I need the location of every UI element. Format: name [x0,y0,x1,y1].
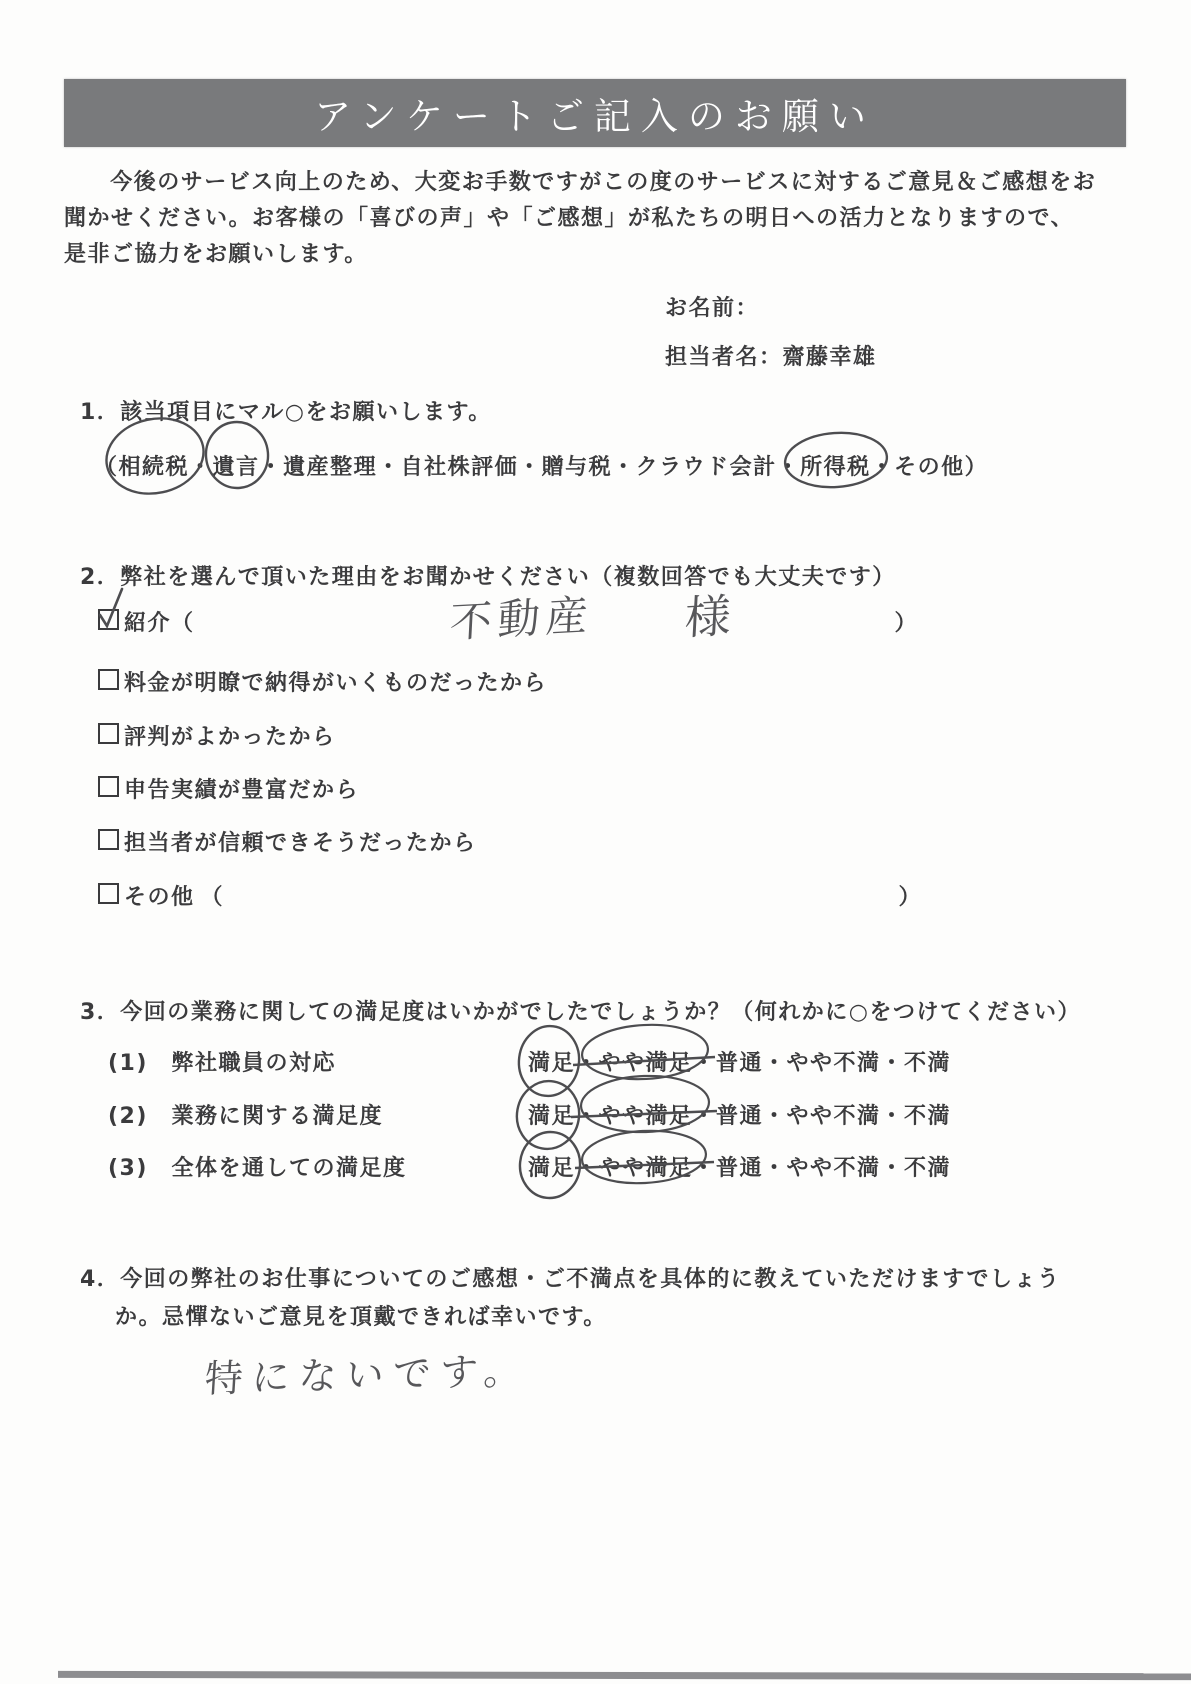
circled-manzoku: 満足 [528,1099,575,1130]
option-label: 申告実績が豊富だから [124,773,359,804]
q3-row-service: (2) 業務に関する満足度 満足・やや満足・普通・やや不満・不満 [108,1099,1108,1133]
option-label: 担当者が信頼できそうだったから [124,826,477,857]
satisfaction-scale: 満足・やや満足・普通・やや不満・不満 [528,1046,951,1077]
option-label: 料金が明瞭で納得がいくものだったから [124,666,547,697]
checkbox-icon [98,776,119,797]
handwriting-referrer: 不動産 [448,582,595,650]
row-number: (1) [108,1051,148,1076]
row-number: (2) [108,1104,148,1129]
q2-heading: 2．弊社を選んで頂いた理由をお聞かせください（複数回答でも大丈夫です） [80,560,896,591]
checkbox-icon [98,669,119,690]
row-label: 弊社職員の対応 [171,1051,336,1076]
q3-row-staff: (1) 弊社職員の対応 満足・やや満足・普通・やや不満・不満 [108,1046,1108,1080]
title-bar: アンケートご記入のお願い [64,79,1126,147]
q2-option-shinkoku: 申告実績が豊富だから [98,773,359,804]
intro-paragraph: 今後のサービス向上のため、大変お手数ですがこの度のサービスに対するご意見＆ご感想… [64,165,1174,273]
q3-heading: 3．今回の業務に関しての満足度はいかがでしたでしょうか？（何れかに○をつけてくだ… [80,995,1081,1026]
satisfaction-scale: 満足・やや満足・普通・やや不満・不満 [528,1099,951,1130]
circled-manzoku: 満足 [528,1046,575,1077]
option-label: 評判がよかったから [124,720,336,751]
q1-heading: 1．該当項目にマル○をお願いします。 [80,395,492,426]
option-label: その他 [124,880,195,911]
handwriting-comment: 特にないです。 [203,1339,532,1403]
circled-item-souzokuzei: 相続税 [119,450,190,481]
row-label: 全体を通しての満足度 [171,1156,406,1181]
checkbox-icon [98,829,119,850]
checkbox-checked-icon [98,609,119,630]
checkbox-icon [98,723,119,744]
circled-item-yuigon: 遺言 [213,450,260,481]
intro-line: 是非ご協力をお願いします。 [64,237,1174,273]
intro-line: 今後のサービス向上のため、大変お手数ですがこの度のサービスに対するご意見＆ご感想… [64,165,1174,201]
q4-heading-line2: か。忌憚ないご意見を頂戴できれば幸いです。 [115,1300,607,1331]
close-paren: ） [898,880,922,911]
q4-heading-line1: 4．今回の弊社のお仕事についてのご感想・ご不満点を具体的に教えていただけますでし… [80,1262,1061,1293]
circled-item-shotokuzei: 所得税 [800,450,871,481]
satisfaction-scale: 満足・やや満足・普通・やや不満・不満 [528,1151,951,1182]
crossed-out-yaya-manzoku: やや満足 [599,1151,693,1182]
staff-name-label: 担当者名：齋藤幸雄 [665,340,877,371]
crossed-out-yaya-manzoku: やや満足 [599,1099,693,1130]
q3-row-overall: (3) 全体を通しての満足度 満足・やや満足・普通・やや不満・不満 [108,1151,1108,1185]
check-mark-icon [96,593,126,627]
row-label: 業務に関する満足度 [171,1104,383,1129]
scanned-survey-page: アンケートご記入のお願い 今後のサービス向上のため、大変お手数ですがこの度のサー… [0,0,1191,1684]
open-paren: （ [171,606,195,637]
q1-open-paren: （ [95,455,119,480]
row-number: (3) [108,1156,148,1181]
crossed-out-yaya-manzoku: やや満足 [599,1046,693,1077]
q1-options-line: （相続税・遺言・遺産整理・自社株評価・贈与税・クラウド会計・所得税・その他） [95,450,988,481]
q2-option-sonota: その他 （ ） [98,880,922,911]
checkbox-icon [98,883,119,904]
q2-option-tantousha: 担当者が信頼できそうだったから [98,826,477,857]
q2-option-hyouban: 評判がよかったから [98,720,336,751]
q2-option-ryoukin: 料金が明瞭で納得がいくものだったから [98,666,547,697]
intro-line: 聞かせください。お客様の「喜びの声」や「ご感想」が私たちの明日への活力となります… [64,201,1174,237]
name-label: お名前： [665,291,759,322]
circled-manzoku: 満足 [528,1151,575,1182]
handwriting-sama: 様 [683,579,732,648]
open-paren: （ [201,880,225,911]
footer-bar [58,1671,1191,1680]
page-title: アンケートご記入のお願い [314,86,876,140]
close-paren: ） [894,606,918,637]
option-label: 紹介 [124,606,171,637]
